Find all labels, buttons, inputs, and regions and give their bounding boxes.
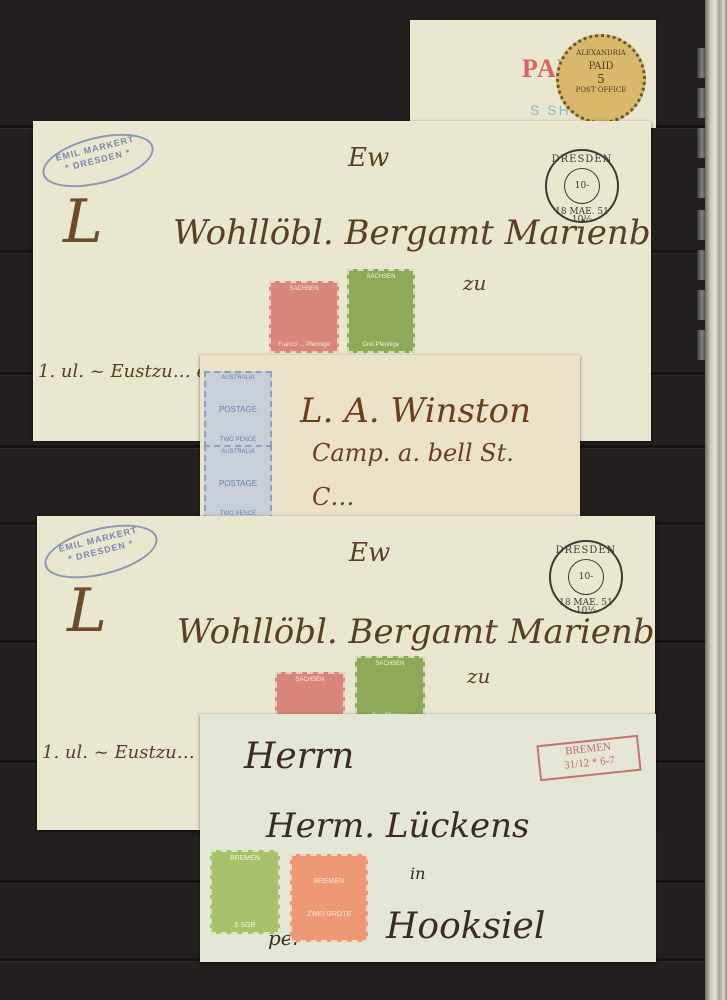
strip-tab [697,290,705,320]
salutation: Ew [348,143,389,173]
australia-cover[interactable]: AUSTRALIA POSTAGE TWO PENCE AUSTRALIA PO… [200,355,580,517]
stamp-value: 5 [559,72,643,86]
bremen-orange-stamp: BREMEN ZWEI GROTE [290,854,368,942]
to-word: zu [463,271,486,295]
stamp-country: BREMEN [212,855,278,862]
stamp-country: AUSTRALIA [206,375,270,381]
alexandria-cover[interactable]: PAID S SH ALEXANDRIA PAID 5 POST OFFICE [410,20,656,128]
saxony-red-stamp: SACHSEN Franco … Pfennige [269,281,339,353]
bremen-cover[interactable]: Herrn Herm. Lückens in Hooksiel per BREM… [200,714,656,962]
glassine-interleaf [705,0,727,1000]
salutation: Ew [349,538,390,568]
cds-date: 18 MAE. 51 [551,598,621,608]
stamp-country: SACHSEN [271,286,337,292]
addressee: Herm. Lückens [266,806,529,846]
to-word: zu [467,664,490,688]
strip-tab [697,128,705,158]
dresden-cds-postmark: DRESDEN 10-10½ 18 MAE. 51 [549,540,623,614]
strip-tab [697,88,705,118]
cds-town: DRESDEN [551,545,621,556]
stamp-value: 5 SGR [212,922,278,929]
addressee-name: L. A. Winston [300,391,531,431]
stamp-bottom-text: POST OFFICE [559,86,643,94]
stamp-mid-text: PAID [559,61,643,72]
bremen-green-stamp: BREMEN 5 SGR [210,850,280,934]
stamp-country: SACHSEN [349,274,413,280]
stamp-top-text: ALEXANDRIA [559,49,643,57]
bremen-box-cancel: BREMEN 31/12 * 6-7 [536,735,641,781]
cds-time: 10-10½ [568,559,604,595]
flourish: L [63,187,103,257]
stamp-side-text: POSTAGE [206,479,270,488]
stamp-country: SACHSEN [277,677,343,683]
flourish: L [67,576,107,646]
strip-tab [697,48,705,78]
saxony-green-stamp: SACHSEN Drei Pfennige [347,269,415,353]
destination: Hooksiel [386,906,545,947]
strip-tab [697,250,705,280]
cds-date: 18 MAE. 51 [547,207,617,217]
stamp-value: TWO PENCE [206,437,270,443]
salutation: Herrn [244,736,354,777]
stamp-value: ZWEI GROTE [292,911,366,918]
stamp-country: BREMEN [292,878,366,885]
strip-tab [697,210,705,240]
stamp-value: Franco … Pfennige [271,342,337,348]
strip-tab [697,330,705,360]
postmaster-provisional-stamp: ALEXANDRIA PAID 5 POST OFFICE [556,34,646,124]
australia-blue-stamp: AUSTRALIA POSTAGE TWO PENCE [204,445,272,517]
stamp-side-text: POSTAGE [206,405,270,414]
stamp-value: Drei Pfennige [349,342,413,348]
australia-blue-stamp: AUSTRALIA POSTAGE TWO PENCE [204,371,272,447]
in-word: in [410,864,425,883]
stamp-country: AUSTRALIA [206,449,270,455]
cds-town: DRESDEN [547,154,617,165]
addressee-city: C… [312,483,354,511]
addressee-street: Camp. a. bell St. [312,439,514,467]
strip-tab [697,168,705,198]
dresden-cds-postmark: DRESDEN 10-10½ 18 MAE. 51 [545,149,619,223]
stamp-country: SACHSEN [357,661,423,667]
cds-time: 10-10½ [564,168,600,204]
